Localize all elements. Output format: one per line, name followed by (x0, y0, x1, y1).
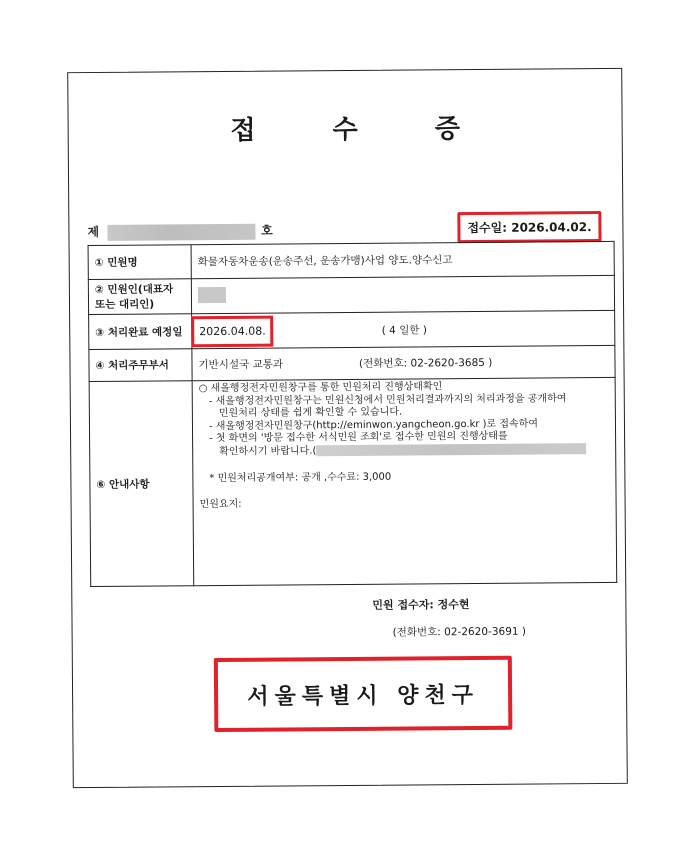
receipt-table: ① 민원명 화물자동차운송(운송주선, 운송가맹)사업 양도.양수신고 ② 민원… (88, 241, 618, 587)
row-label: ③ 처리완료 예정일 (89, 314, 192, 350)
department-cell: 기반시설국 교통과(전화번호: 02-2620-3685 ) (192, 345, 615, 380)
scanned-page: 접 수 증 제호 접수일: 2026.04.02. ① 민원명 화물자동차운송(… (0, 0, 696, 848)
notice-cell: ○ 새올행정전자민원창구를 통한 민원처리 진행상태확인 - 새올행정전자민원창… (192, 377, 617, 585)
table-row: ① 민원명 화물자동차운송(운송주선, 운송가맹)사업 양도.양수신고 (88, 241, 614, 279)
table-row: ④ 처리주무부서 기반시설국 교통과(전화번호: 02-2620-3685 ) (89, 345, 615, 381)
row-label: ② 민원인(대표자 또는 대리인) (88, 279, 191, 315)
notice-line-text: 확인하시기 바랍니다.( (219, 445, 316, 457)
registration-number: 제호 (87, 222, 272, 241)
row-label: ④ 처리주무부서 (89, 349, 192, 382)
department-phone: (전화번호: 02-2620-3685 ) (359, 357, 492, 370)
table-row: ③ 처리완료 예정일 2026.04.08.( 4 일한 ) (89, 310, 615, 349)
department: 기반시설국 교통과 (198, 359, 283, 372)
receipt-form: 접 수 증 제호 접수일: 2026.04.02. ① 민원명 화물자동차운송(… (67, 68, 628, 788)
redacted-number (107, 223, 255, 240)
registration-suffix: 호 (261, 224, 273, 238)
row-label: ⑥ 안내사항 (89, 381, 194, 587)
receiver-phone: (전화번호: 02-2620-3691 ) (393, 624, 526, 640)
document-title: 접 수 증 (69, 107, 622, 148)
registration-prefix: 제 (87, 225, 99, 239)
disclosure-fee: * 민원처리공개여부: 공개 ,수수료: 3,000 (199, 469, 609, 485)
complaint-name: 화물자동차운송(운송주선, 운송가맹)사업 양도.양수신고 (191, 241, 614, 278)
due-date-highlight: 2026.04.08. (191, 315, 274, 347)
table-row: ⑥ 안내사항 ○ 새올행정전자민원창구를 통한 민원처리 진행상태확인 - 새올… (89, 377, 617, 586)
redacted-notice (316, 443, 586, 456)
complaint-gist: 민원요지: (200, 496, 610, 512)
issuer-highlight: 서울특별시 양천구 (214, 656, 513, 732)
due-date-cell: 2026.04.08.( 4 일한 ) (192, 310, 615, 348)
applicant (191, 275, 614, 313)
row-label: ① 민원명 (88, 245, 191, 280)
notice-line: 확인하시기 바랍니다.( (199, 442, 609, 458)
receipt-date-highlight: 접수일: 2026.04.02. (457, 211, 601, 243)
receiver-name: 민원 접수자: 정수현 (372, 596, 469, 613)
redacted-applicant (198, 286, 226, 302)
table-row: ② 민원인(대표자 또는 대리인) (88, 275, 614, 314)
processing-days: ( 4 일한 ) (382, 324, 427, 336)
